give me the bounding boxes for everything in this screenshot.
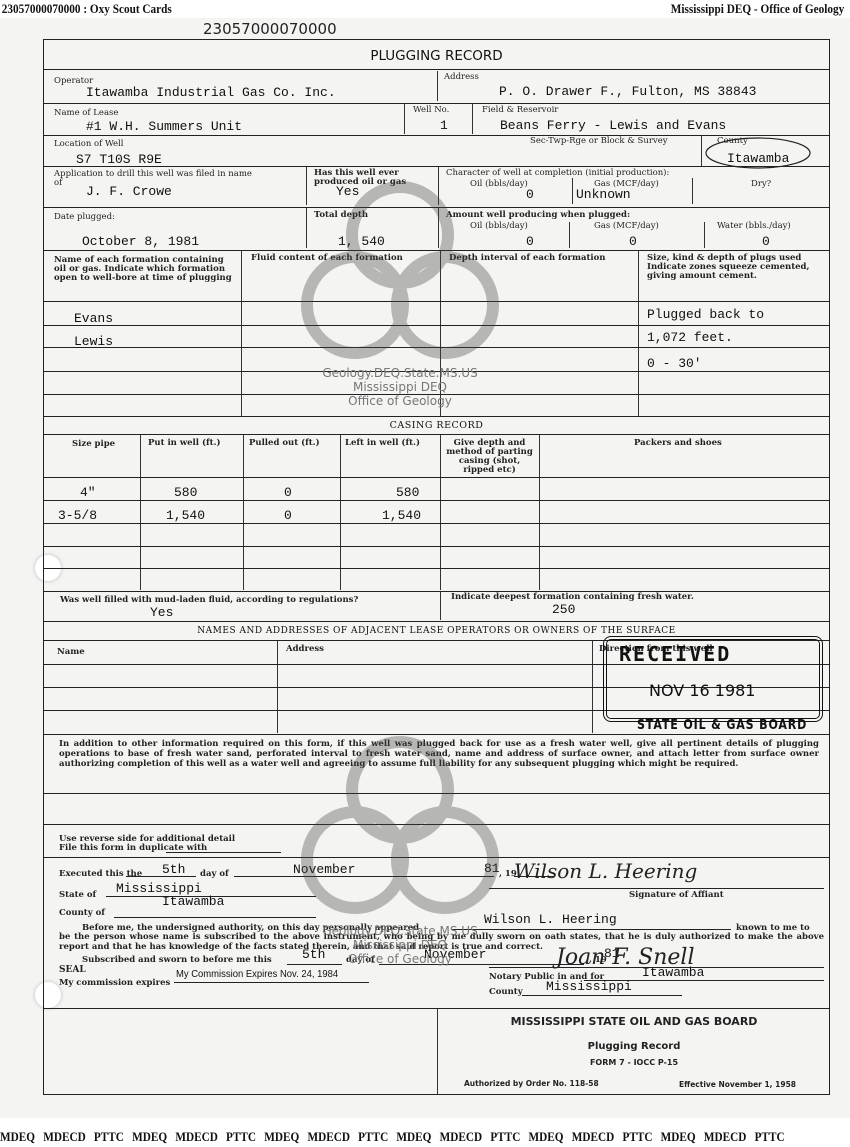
adjacent-address-header: Address <box>286 645 324 654</box>
casing-row-2-pulled: 0 <box>284 508 292 523</box>
dry-label: Dry? <box>751 180 771 189</box>
appeared-name: Wilson L. Heering <box>484 912 617 927</box>
casing-row-1-size: 4" <box>80 485 96 500</box>
received-stamp: RECEIVED NOV 16 1981 <box>603 636 823 722</box>
footer-watermark-bar: MDEQ MDECD PTTC MDEQ MDECD PTTC MDEQ MDE… <box>0 1130 850 1145</box>
county-of-label: County of <box>59 909 105 918</box>
board-form-no: FORM 7 - IOCC P-15 <box>439 1058 829 1067</box>
plugged-gas-label: Gas (MCF/day) <box>594 222 659 231</box>
adjacent-name-header: Name <box>57 648 85 657</box>
application-value: J. F. Crowe <box>86 184 172 199</box>
casing-row-1-pulled: 0 <box>284 485 292 500</box>
put-in-header: Put in well (ft.) <box>148 439 221 448</box>
state-of-label: State of <box>59 891 96 900</box>
field-label: Field & Reservoir <box>482 106 558 115</box>
board-form-name: Plugging Record <box>439 1041 829 1052</box>
affiant-signature: Wilson L. Heering <box>514 859 697 883</box>
stamp-date: NOV 16 1981 <box>649 681 755 700</box>
viewer-header: 23057000070000 : Oxy Scout Cards Mississ… <box>0 0 765 18</box>
commission-label: My commission expires <box>59 979 170 988</box>
formation-row-1-plugs: Plugged back to <box>647 307 764 322</box>
notary-state: Mississippi <box>546 979 632 994</box>
casing-row-2-put: 1,540 <box>166 508 205 523</box>
watermark-line-3: Office of Geology <box>300 952 500 966</box>
lease-value: #1 W.H. Summers Unit <box>86 119 242 134</box>
casing-row-2-left: 1,540 <box>382 508 421 523</box>
location-value: S7 T10S R9E <box>76 152 162 167</box>
board-effective: Effective November 1, 1958 <box>679 1080 796 1089</box>
well-no-value: 1 <box>440 118 448 133</box>
packers-header: Packers and shoes <box>634 439 722 448</box>
watermark-line-1: Geology.DEQ.State.MS.US <box>300 924 500 938</box>
casing-row-1-left: 580 <box>396 485 419 500</box>
board-order: Authorized by Order No. 118-58 <box>464 1079 599 1088</box>
parting-header: Give depth and method of parting casing … <box>442 439 537 475</box>
watermark-line-1: Geology.DEQ.State.MS.US <box>300 366 500 380</box>
plugged-water-label: Water (bbls./day) <box>717 222 791 231</box>
commission-value: My Commission Expires Nov. 24, 1984 <box>176 968 338 980</box>
date-plugged-value: October 8, 1981 <box>82 234 199 249</box>
address-value: P. O. Drawer F., Fulton, MS 38843 <box>499 84 756 99</box>
mud-laden-label: Was well filled with mud-laden fluid, ac… <box>60 596 358 605</box>
adjacent-title: NAMES AND ADDRESSES OF ADJACENT LEASE OP… <box>44 626 829 636</box>
operator-value: Itawamba Industrial Gas Co. Inc. <box>86 85 336 100</box>
formation-row-3-plugs: 0 - 30' <box>647 356 702 371</box>
fresh-water-label: Indicate deepest formation containing fr… <box>451 593 694 602</box>
casing-row-2-size: 3-5/8 <box>58 508 97 523</box>
mdeq-logo-watermark-icon <box>300 175 500 365</box>
size-pipe-header: Size pipe <box>72 440 115 449</box>
formation-row-2-name: Lewis <box>74 334 113 349</box>
left-in-header: Left in well (ft.) <box>345 439 420 448</box>
lease-label: Name of Lease <box>54 109 118 118</box>
day-of-label: day of <box>200 870 229 879</box>
casing-record-title: CASING RECORD <box>44 420 829 431</box>
well-no-label: Well No. <box>413 106 449 115</box>
form-title: PLUGGING RECORD <box>44 48 829 64</box>
initial-oil-value: 0 <box>526 187 534 202</box>
record-title: 23057000070000 : Oxy Scout Cards <box>2 2 172 17</box>
date-plugged-label: Date plugged: <box>54 213 115 222</box>
notary-county: Itawamba <box>642 965 704 980</box>
executed-label: Executed this the <box>59 870 142 879</box>
document-id: 23057000070000 <box>203 20 337 38</box>
address-label: Address <box>444 73 479 82</box>
notary-county-label: County <box>489 988 523 997</box>
field-value: Beans Ferry - Lewis and Evans <box>500 118 726 133</box>
initial-gas-value: Unknown <box>576 187 631 202</box>
watermark-text: Geology.DEQ.State.MS.US Mississippi DEQ … <box>300 366 500 408</box>
watermark-line-3: Office of Geology <box>300 394 500 408</box>
watermark-text: Geology.DEQ.State.MS.US Mississippi DEQ … <box>300 924 500 966</box>
seal-label: SEAL <box>59 966 86 975</box>
county-of-value: Itawamba <box>162 894 224 909</box>
sworn-label: Subscribed and sworn to before me this <box>82 956 272 965</box>
stamp-received-text: RECEIVED <box>619 642 731 666</box>
plugged-water-value: 0 <box>762 234 770 249</box>
plugged-oil-value: 0 <box>526 234 534 249</box>
location-label: Location of Well <box>54 140 124 149</box>
mdeq-logo-watermark-icon <box>300 730 500 920</box>
formation-row-1-name: Evans <box>74 311 113 326</box>
plugged-gas-value: 0 <box>629 234 637 249</box>
plugs-header: Size, kind & depth of plugs used Indicat… <box>647 254 827 281</box>
executed-day: 5th <box>162 862 185 877</box>
sec-twp-rge-label: Sec-Twp-Rge or Block & Survey <box>530 137 668 146</box>
formation-row-2-plugs: 1,072 feet. <box>647 330 733 345</box>
watermark-line-2: Mississippi DEQ <box>300 380 500 394</box>
mud-laden-value: Yes <box>150 605 173 620</box>
affiant-label: Signature of Affiant <box>629 891 724 900</box>
fresh-water-value: 250 <box>552 602 575 617</box>
casing-row-1-put: 580 <box>174 485 197 500</box>
board-name: MISSISSIPPI STATE OIL AND GAS BOARD <box>439 1015 829 1028</box>
agency-title: Mississippi DEQ - Office of Geology <box>671 2 844 17</box>
stamp-board-text: STATE OIL & GAS BOARD <box>637 718 807 733</box>
watermark-line-2: Mississippi DEQ <box>300 938 500 952</box>
formation-name-header: Name of each formation containing oil or… <box>54 256 234 283</box>
pulled-out-header: Pulled out (ft.) <box>249 439 320 448</box>
